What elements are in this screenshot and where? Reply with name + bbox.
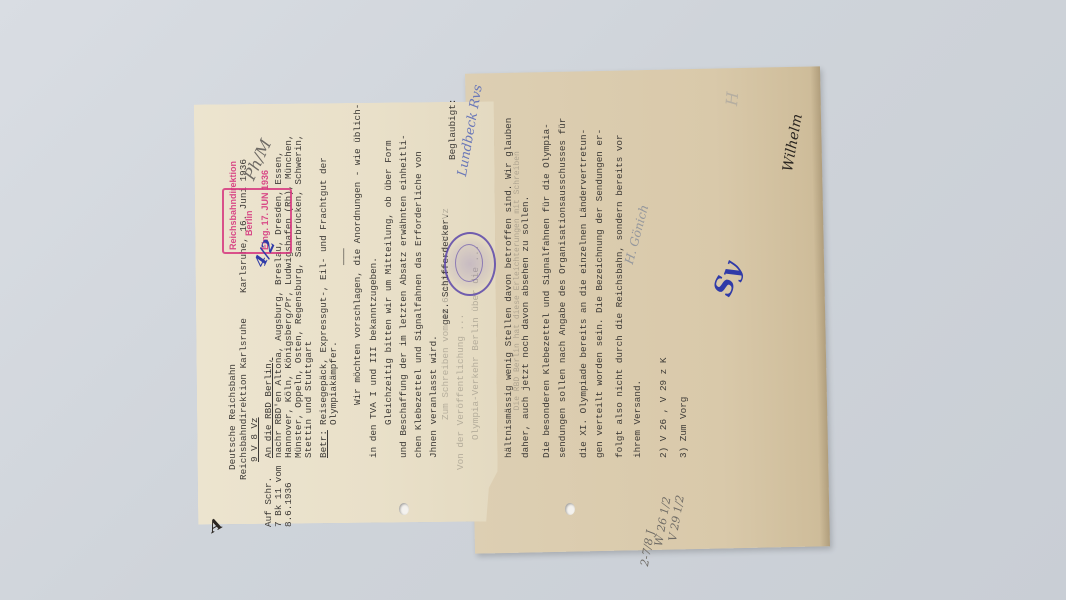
body-line-4: und Beschaffung der im letzten Absatz er…: [398, 134, 409, 458]
back-line-6: gen verteilt worden sein. Die Bezeichnun…: [594, 129, 605, 458]
letterhead-line-2: Reichsbahndirektion Karlsruhe: [238, 318, 249, 480]
faint-top-mark: H: [722, 91, 742, 107]
back-line-7: folgt also nicht durch die Reichsbahn, s…: [614, 134, 625, 458]
body-line-5: chen Klebezettel und Signalfahnen das Er…: [413, 151, 424, 458]
punch-hole: [399, 503, 409, 515]
faint-line-2: Von der Veröffentlichung ...: [455, 314, 466, 470]
letterhead-line-1: Deutsche Reichsbahn: [227, 364, 238, 470]
letterhead-ref: 9 V 8 Vz: [249, 417, 260, 462]
body-line-3: Gleichzeitig bitten wir um Mitteilung, o…: [383, 140, 394, 425]
body-line-1: Wir möchten vorschlagen, die Anordnungen…: [352, 104, 363, 405]
subject-label: Betr:: [318, 430, 329, 458]
ref-line-3: 8.6.1936: [283, 482, 294, 527]
seal-stamp: [444, 232, 496, 296]
back-line-8: ihrem Versand.: [632, 380, 643, 458]
separator: ———: [338, 248, 349, 265]
back-item-3: 3) Zum Vorg: [678, 397, 689, 458]
back-line-3: Die besonderen Klebezettel und Signalfah…: [541, 123, 552, 458]
subject-line-2: Olympiakämpfer.: [328, 341, 339, 425]
certified-label: Beglaubigt:: [447, 99, 458, 160]
back-line-5: die XI. Olympiade bereits an die einzeln…: [578, 129, 589, 458]
body-line-6: Jhnen veranlasst wird.: [428, 335, 439, 458]
body-line-2: in den TVA I und III bekanntzugeben.: [368, 257, 379, 458]
back-line-4: sendungen sollen nach Angabe des Organis…: [557, 118, 568, 458]
back-item-2: 2) V 26 , V 29 z K: [658, 358, 669, 458]
recipient-line-5: Stettin und Stuttgart: [303, 341, 314, 458]
punch-hole: [565, 503, 575, 515]
ghost-text: Die RBD Berlin hat diese Erleichterungen…: [512, 151, 523, 420]
